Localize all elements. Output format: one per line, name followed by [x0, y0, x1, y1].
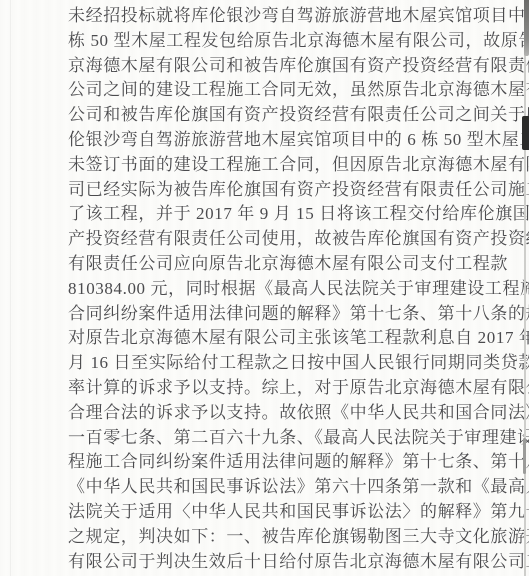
text-line: 合理合法的诉求予以支持。故依照《中华人民共和国合同法》第: [68, 401, 492, 426]
right-scan-edge-blob: [522, 116, 529, 150]
text-line: 810384.00 元，同时根据《最高人民法院关于审理建设工程施工: [68, 277, 492, 302]
text-line: 有限公司于判决生效后十日给付原告北京海德木屋有限公司工: [68, 550, 492, 575]
text-line: 有限责任公司应向原告北京海德木屋有限公司支付工程款: [68, 252, 492, 277]
text-line: 对原告北京海德木屋有限公司主张该笔工程款利息自 2017 年 9: [68, 326, 492, 351]
text-line: 了该工程，并于 2017 年 9 月 15 日将该工程交付给库伦旗国有资: [68, 202, 492, 227]
text-line: 伦银沙弯自驾游旅游营地木屋宾馆项目中的 6 栋 50 型木屋工程: [68, 128, 492, 153]
text-line: 产投资经营有限责任公司使用，故被告库伦旗国有资产投资经营: [68, 227, 492, 252]
left-scan-edge-line: [10, 0, 11, 576]
text-line: 月 16 日至实际给付工程款之日按中国人民银行同期同类贷款利: [68, 351, 492, 376]
text-line: 合同纠纷案件适用法律问题的解释》第十七条、第十八条的规定，: [68, 302, 492, 327]
text-line: 法院关于适用〈中华人民共和国民事诉讼法〉的解释》第九十条: [68, 500, 492, 525]
right-scan-edge-strip: [524, 0, 529, 56]
text-line: 司已经实际为被告库伦旗国有资产投资经营有限责任公司施工: [68, 178, 492, 203]
text-line: 未经招投标就将库伦银沙弯自驾游旅游营地木屋宾馆项目中的 6: [68, 4, 492, 29]
text-line: 栋 50 型木屋工程发包给原告北京海德木屋有限公司，故原告北: [68, 29, 492, 54]
text-line: 公司之间的建设工程施工合同无效，虽然原告北京海德木屋有限: [68, 78, 492, 103]
text-line: 公司和被告库伦旗国有资产投资经营有限责任公司之间关于库: [68, 103, 492, 128]
right-scan-edge-mark: [523, 438, 526, 474]
document-text-block: 未经招投标就将库伦银沙弯自驾游旅游营地木屋宾馆项目中的 6 栋 50 型木屋工程…: [68, 4, 492, 574]
text-line: 一百零七条、第二百六十九条、《最高人民法院关于审理建设工: [68, 426, 492, 451]
text-line: 《中华人民共和国民事诉讼法》第六十四条第一款和《最高人民: [68, 475, 492, 500]
text-line: 率计算的诉求予以支持。综上，对于原告北京海德木屋有限公司: [68, 376, 492, 401]
text-line: 之规定，判决如下：一、被告库伦旗锡勒图三大寺文化旅游开发: [68, 525, 492, 550]
text-line: 程施工合同纠纷案件适用法律问题的解释》第十七条、第十八条，: [68, 450, 492, 475]
text-line: 未签订书面的建设工程施工合同，但因原告北京海德木屋有限公: [68, 153, 492, 178]
text-line: 京海德木屋有限公司和被告库伦旗国有资产投资经营有限责任: [68, 54, 492, 79]
scanned-document-page: 未经招投标就将库伦银沙弯自驾游旅游营地木屋宾馆项目中的 6 栋 50 型木屋工程…: [0, 0, 529, 576]
